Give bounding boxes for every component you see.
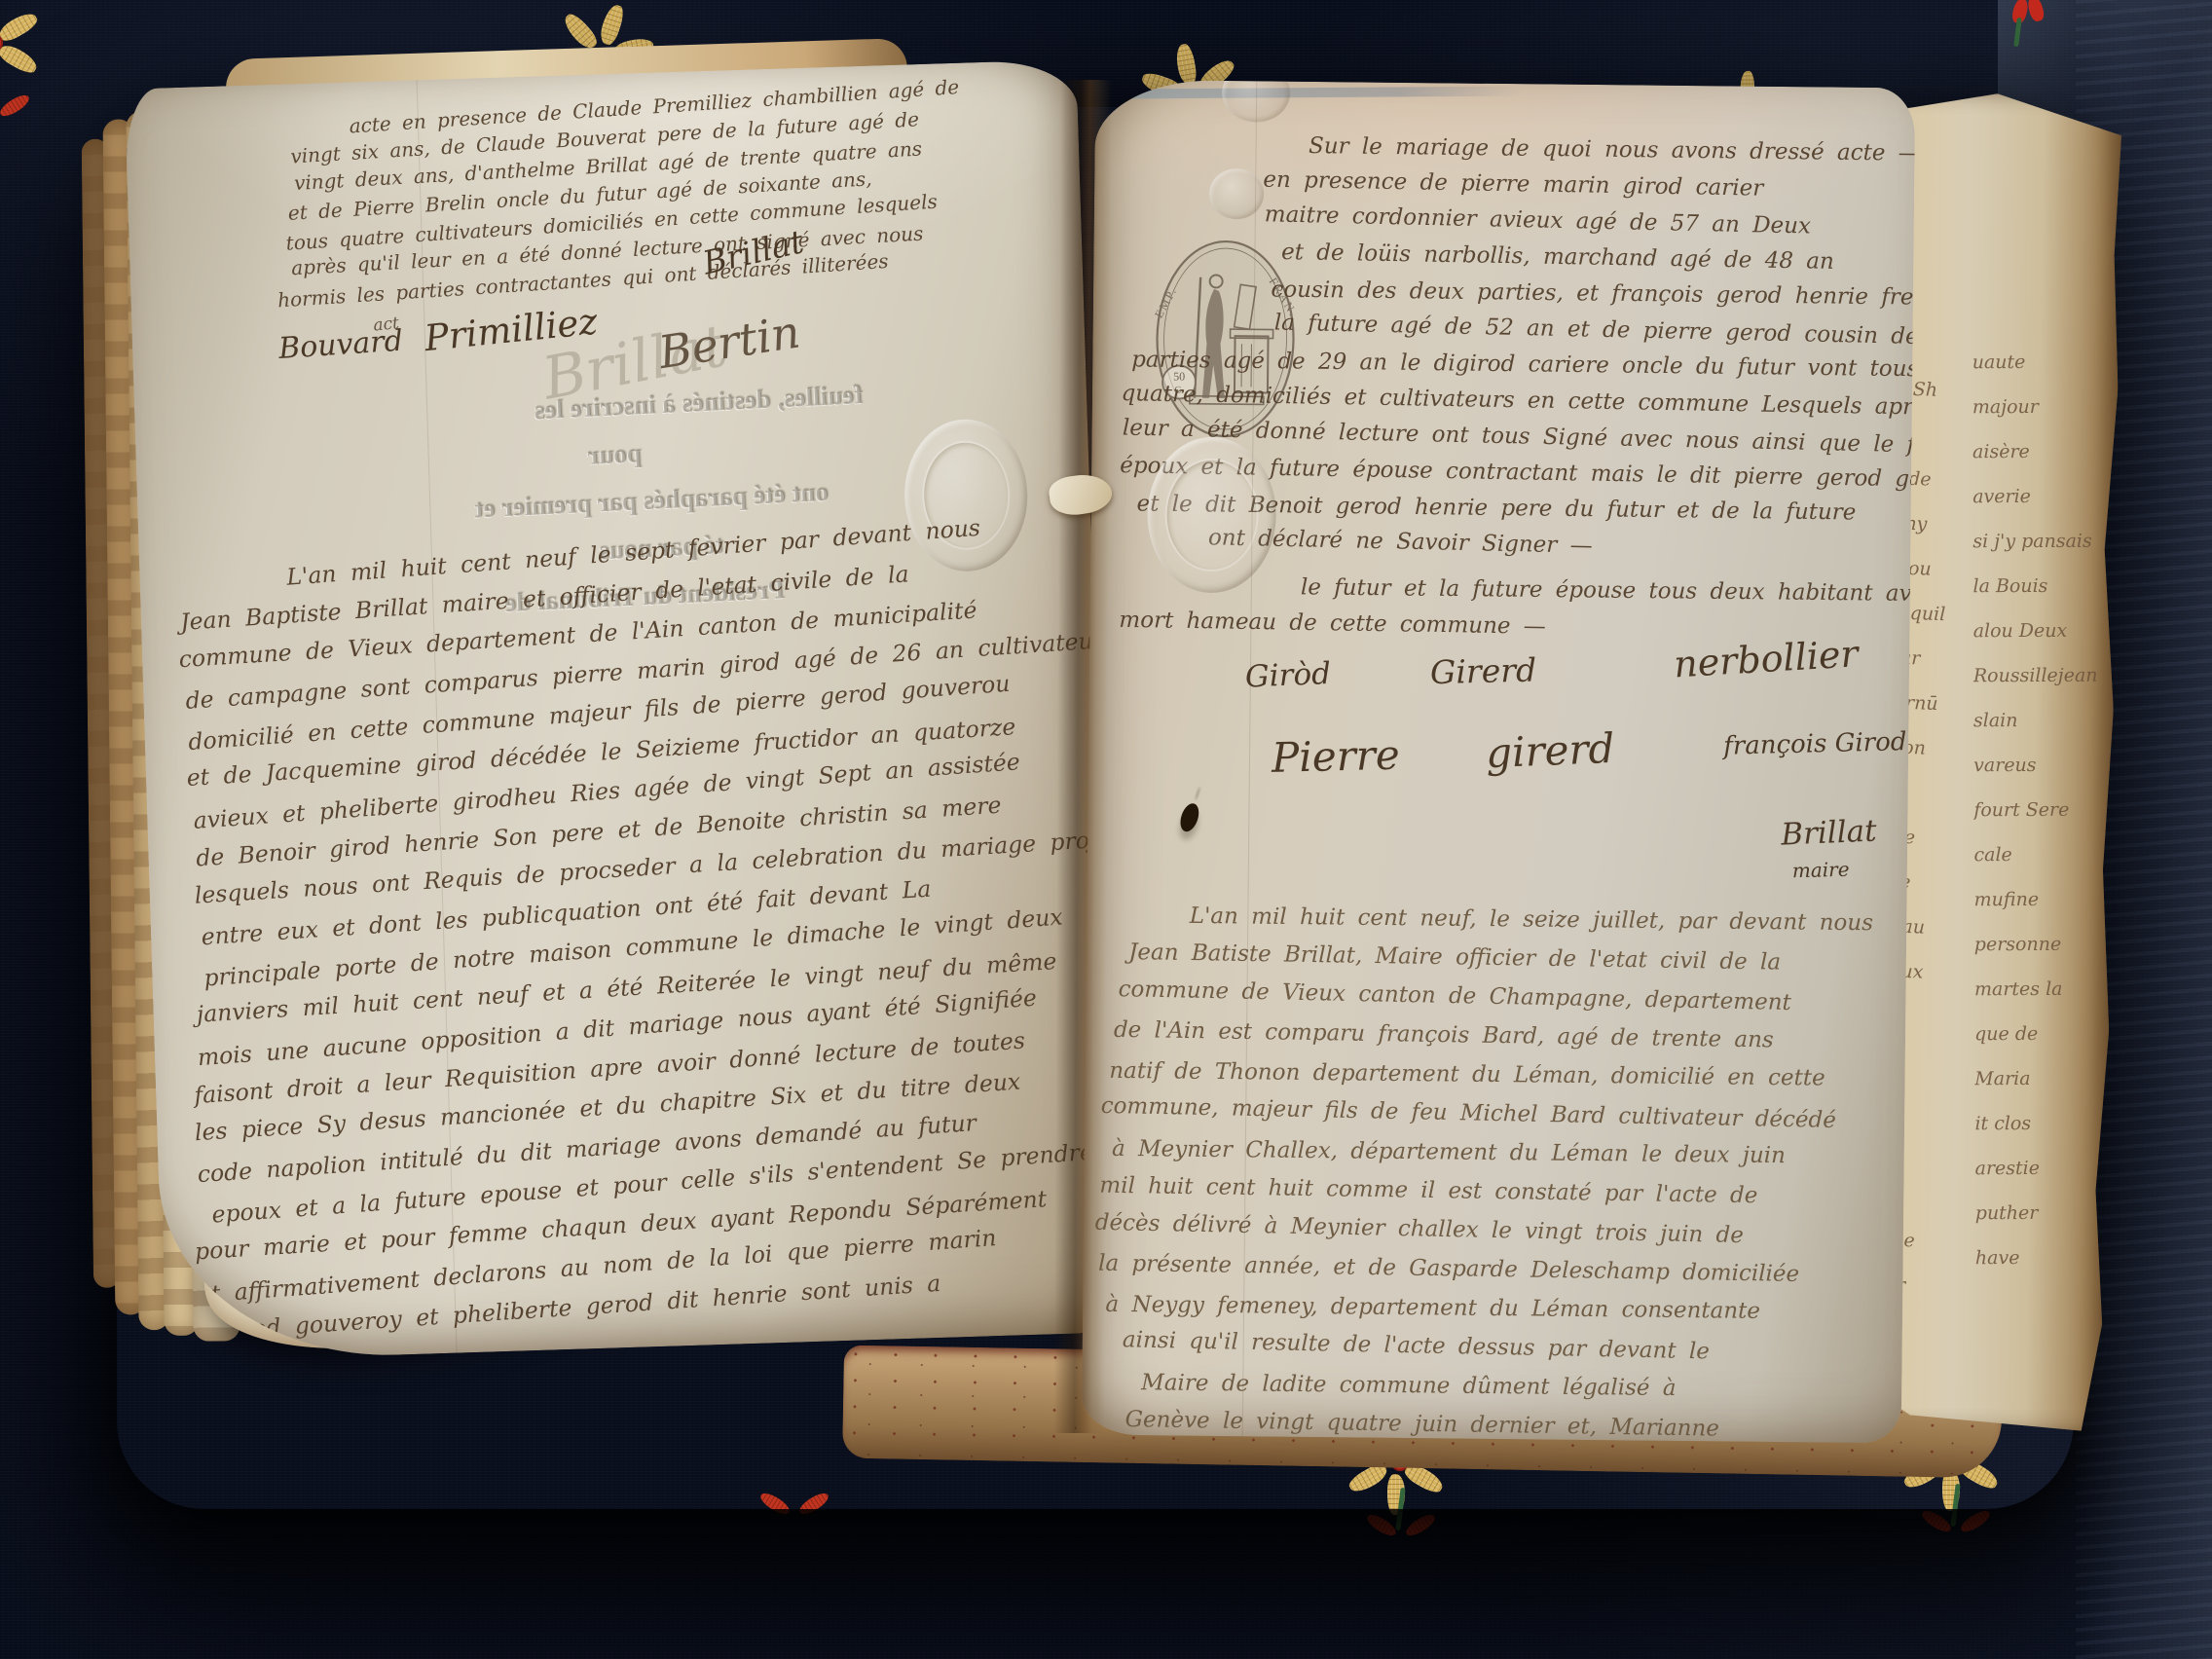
handwriting-fragment: aisère [1972,429,2107,474]
previous-act-text: acte en presence de Claude Premilliez ch… [278,76,951,313]
handwriting-fragment: averie [1972,474,2107,519]
handwritten-line: Sur le mariage de quoi nous avons dressé… [1309,129,1895,171]
handwriting-fragment: alou Deux [1973,608,2108,653]
handwriting-fragment: have [1975,1235,2110,1280]
handwriting-fragment: cale [1973,832,2108,877]
handwriting-fragment: personne [1974,922,2109,967]
book-gutter-fold [1053,80,1111,1433]
handwritten-line: L'an mil huit cent neuf, le seize juille… [1190,897,1895,943]
flower-petal [0,9,40,45]
handwriting-fragment: arestie [1975,1146,2110,1191]
handwriting-fragment: Roussillejean [1973,653,2108,698]
flower-leaf [0,92,32,120]
flower-leaf [1403,1511,1438,1539]
handwriting-fragment: mufine [1974,877,2109,922]
handwriting-fragment: slain [1973,698,2108,743]
flower-petal [1174,43,1198,86]
flower-petal [597,3,626,48]
handwriting-fragment: martes la [1974,967,2109,1012]
left-page: acte en presence de Claude Premilliez ch… [125,59,1117,1362]
witness-signature: Bouvard [277,324,404,366]
witness-signature: Pierre [1271,731,1400,782]
flower-petal [0,41,40,77]
handwriting-fragment: majour [1972,385,2107,429]
handwriting-fragment: it clos [1974,1101,2109,1146]
blind-embossed-mark [1209,168,1265,220]
flower-leaf [1958,1507,1993,1535]
handwritten-line: le futur et la future épouse tous deux h… [1301,569,1889,611]
handwriting-fragment: si j'y pansais [1972,519,2107,564]
handwritten-line: Maire de ladite commune dûment légalisé … [1141,1363,1887,1410]
photo-of-open-register-book: IlDeux Shau —frere dedes dnySont louaprè… [0,0,2212,1659]
handwritten-line: à Meynier Challex, département du Léman … [1112,1129,1891,1176]
witness-signature: girerd [1485,724,1615,777]
second-act-text: L'an mil huit cent neuf, le seize juille… [1095,894,1895,1444]
flower-leaf [1919,1507,1954,1535]
handwriting-fragment: que de [1974,1012,2109,1056]
blind-embossed-mark [1222,80,1291,123]
handwriting-fragment: uaute [1972,340,2107,385]
marriage-act-text: L'an mil huit cent neuf le sept fevrier … [176,505,1103,1350]
witness-signature: Girerd [1430,651,1537,692]
groom-signature: Giròd [1244,656,1331,695]
witness-signature: françois Girod [1723,727,1907,761]
flower-leaf [1364,1511,1399,1539]
mayor-signature: Brillat [1781,814,1878,853]
handwriting-fragment: Maria [1974,1056,2109,1101]
handwriting-fragment: puther [1975,1191,2110,1235]
ink-blot [1177,801,1202,834]
flower-petal [560,11,600,53]
handwriting-fragment: fourt Sere [1973,788,2108,832]
right-page: 50 C. EMP. FRAN. Sur le mariage de quoi … [1082,80,1916,1444]
mayor-title: maire [1792,858,1850,882]
handwriting-fragment: la Bouis [1972,564,2107,608]
handwriting-fragment: vareus [1973,743,2108,788]
page-fragment-column: uautemajouraisèreaveriesi j'y pansaisla … [1972,340,2110,1280]
